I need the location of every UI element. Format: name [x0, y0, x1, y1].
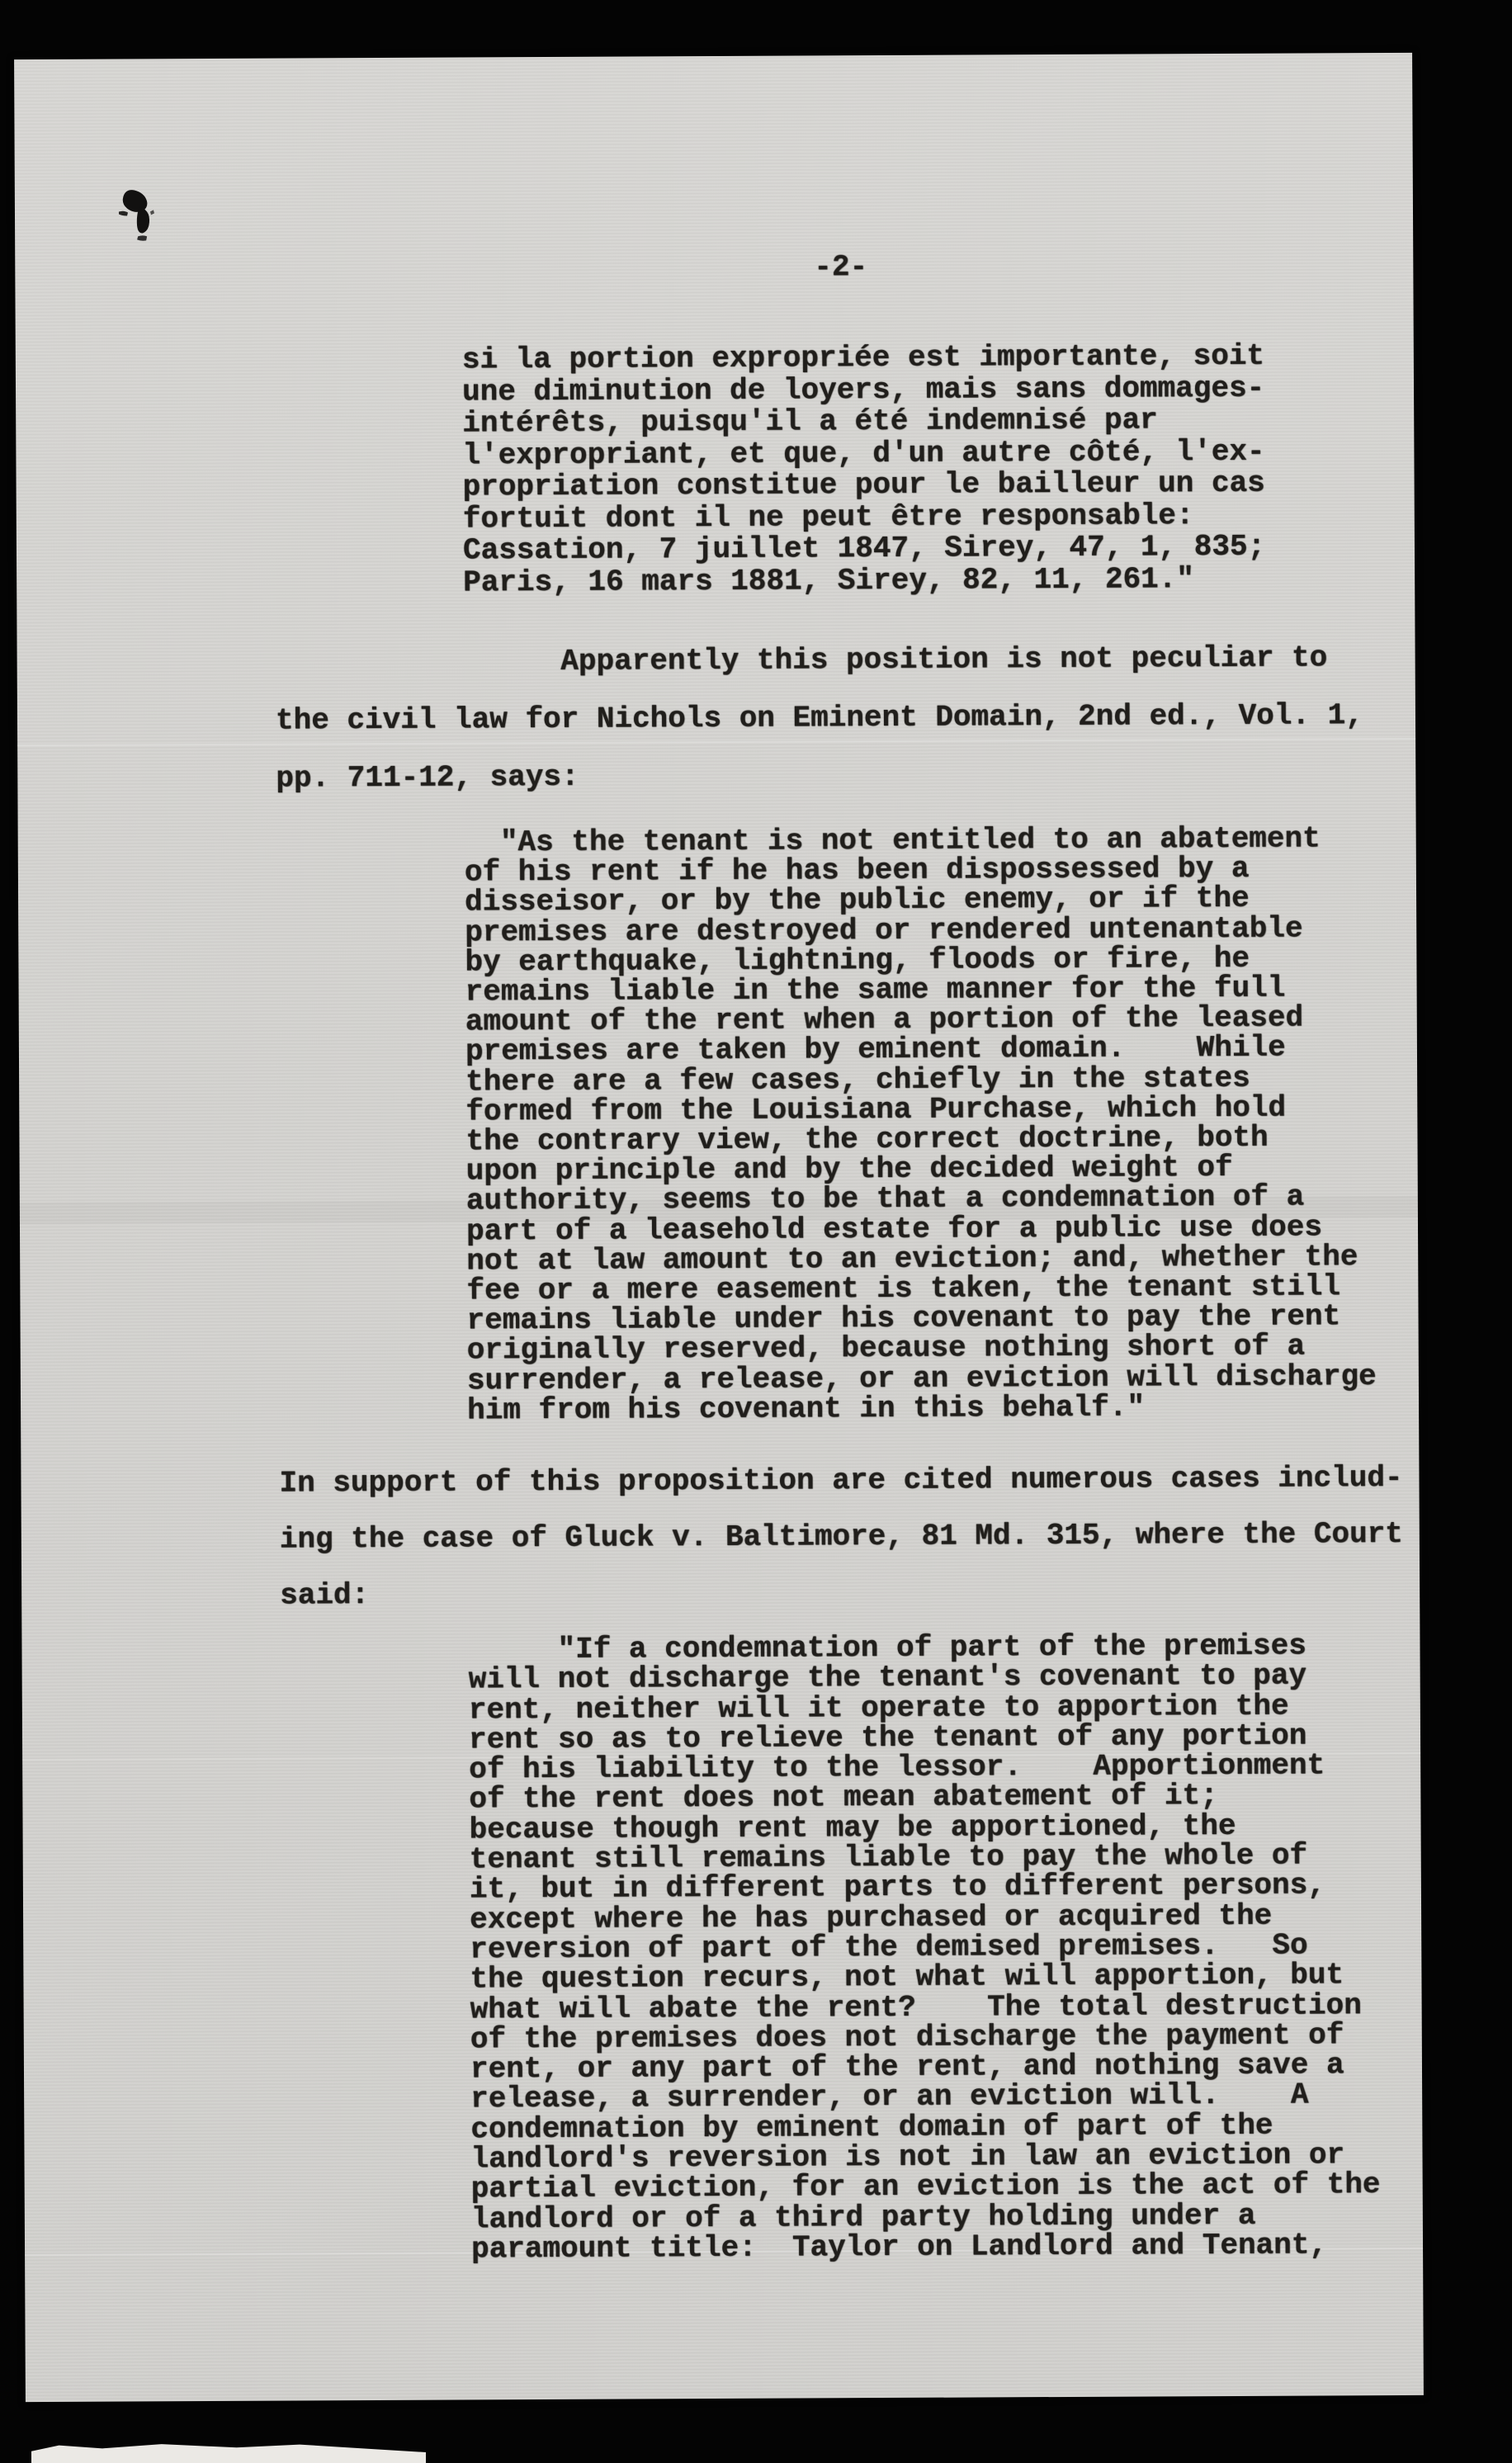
nichols-quote-block: "As the tenant is not entitled to an aba…	[465, 824, 1377, 1425]
french-quote-block: si la portion expropriée est importante,…	[462, 341, 1266, 599]
ink-blot-mark	[117, 184, 172, 243]
support-paragraph: In support of this proposition are cited…	[279, 1450, 1403, 1624]
next-page-corner	[31, 2442, 426, 2463]
page-number: -2-	[814, 253, 867, 282]
intro-paragraph: Apparently this position is not peculiar…	[275, 629, 1363, 807]
scan-background: -2- si la portion expropriée est importa…	[0, 0, 1512, 2463]
gluck-quote-block: "If a condemnation of part of the premis…	[468, 1631, 1380, 2265]
document-page: -2- si la portion expropriée est importa…	[14, 53, 1424, 2402]
